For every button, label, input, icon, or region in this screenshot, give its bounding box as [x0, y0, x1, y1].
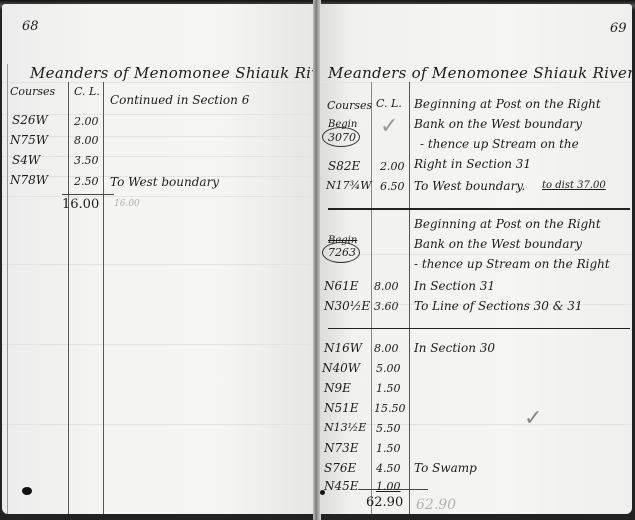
course-cell: N30½E: [324, 300, 370, 312]
distance-cell: 6.50: [380, 181, 405, 192]
distance-cell: 8.00: [374, 343, 399, 354]
course-cell: N13½E: [324, 422, 366, 433]
distance-cell: 3.60: [374, 301, 399, 312]
description-line: - thence up Stream on the: [420, 138, 579, 150]
column-divider: [409, 82, 410, 514]
distance-cell: 5.50: [376, 423, 401, 434]
course-cell: N61E: [324, 280, 359, 292]
course-cell: N51E: [324, 402, 359, 414]
page-title: Meanders of Menomonee Shiauk River: [328, 66, 632, 81]
left-page: 68 Meanders of Menomonee Shiauk River Co…: [2, 4, 314, 514]
section-rule: [328, 208, 630, 210]
course-cell: S4W: [12, 154, 40, 166]
course-cell: N75W: [10, 134, 48, 146]
distance-cell: 8.00: [74, 135, 99, 146]
course-cell: N9E: [324, 382, 351, 394]
begin-number: 7263: [328, 247, 356, 258]
distance-cell: 8.00: [374, 281, 399, 292]
header-chains: C. L.: [376, 98, 402, 109]
course-cell: S82E: [328, 160, 360, 172]
pencil-total: 62.90: [416, 498, 456, 512]
course-cell: N45E: [324, 480, 359, 492]
distance-cell: 1.00: [376, 481, 401, 492]
remark-cell: In Section 31: [414, 280, 495, 292]
remark-cell: To West boundary: [110, 176, 219, 188]
distance-cell: 1.50: [376, 383, 401, 394]
header-chains: C. L.: [74, 86, 100, 97]
check-mark-icon: ✓: [524, 406, 542, 431]
course-cell: N17¾W: [326, 180, 372, 191]
distance-cell: 4.50: [376, 463, 401, 474]
page-number: 69: [610, 22, 627, 35]
remark-cell: To West boundary.: [414, 180, 525, 192]
total: 62.90: [366, 496, 403, 509]
column-divider: [68, 82, 69, 514]
begin-number: 3070: [328, 132, 356, 143]
remark-cell: To Swamp: [414, 462, 477, 474]
page-title: Meanders of Menomonee Shiauk River: [30, 66, 314, 81]
header-courses: Courses: [10, 86, 55, 97]
notebook-spread: 68 Meanders of Menomonee Shiauk River Co…: [0, 0, 635, 520]
section-rule: [328, 328, 630, 329]
description-line: Right in Section 31: [414, 158, 531, 170]
remark-cell: In Section 30: [414, 342, 495, 354]
distance-note: to dist 37.00: [542, 181, 606, 191]
course-cell: N16W: [324, 342, 362, 354]
course-cell: N73E: [324, 442, 359, 454]
course-cell: N40W: [322, 362, 360, 374]
description-line: Beginning at Post on the Right: [414, 218, 601, 230]
description-line: Bank on the West boundary: [414, 238, 582, 250]
distance-cell: 1.50: [376, 443, 401, 454]
total: 16.00: [62, 198, 99, 211]
pencil-total: 16.00: [114, 200, 140, 209]
distance-cell: 3.50: [74, 155, 99, 166]
continued-note: Continued in Section 6: [110, 94, 249, 106]
course-cell: N78W: [10, 174, 48, 186]
right-page: 69 Meanders of Menomonee Shiauk River Co…: [320, 4, 632, 514]
description-line: Bank on the West boundary: [414, 118, 582, 130]
distance-cell: 2.50: [74, 176, 99, 187]
page-number: 68: [22, 20, 39, 33]
ink-blot: [320, 490, 325, 495]
column-divider: [103, 82, 104, 514]
header-courses: Courses: [327, 100, 372, 111]
distance-cell: 15.50: [374, 403, 406, 414]
check-mark-icon: ✓: [380, 114, 398, 139]
ink-blot: [22, 487, 32, 495]
margin-line: [7, 64, 8, 514]
column-divider: [371, 82, 372, 514]
distance-cell: 5.00: [376, 363, 401, 374]
course-cell: S26W: [12, 114, 48, 126]
distance-cell: 2.00: [380, 161, 405, 172]
total-rule: [62, 194, 114, 195]
description-line: Beginning at Post on the Right: [414, 98, 601, 110]
description-line: - thence up Stream on the Right: [414, 258, 610, 270]
course-cell: S76E: [324, 462, 356, 474]
remark-cell: To Line of Sections 30 & 31: [414, 300, 583, 312]
distance-cell: 2.00: [74, 116, 99, 127]
